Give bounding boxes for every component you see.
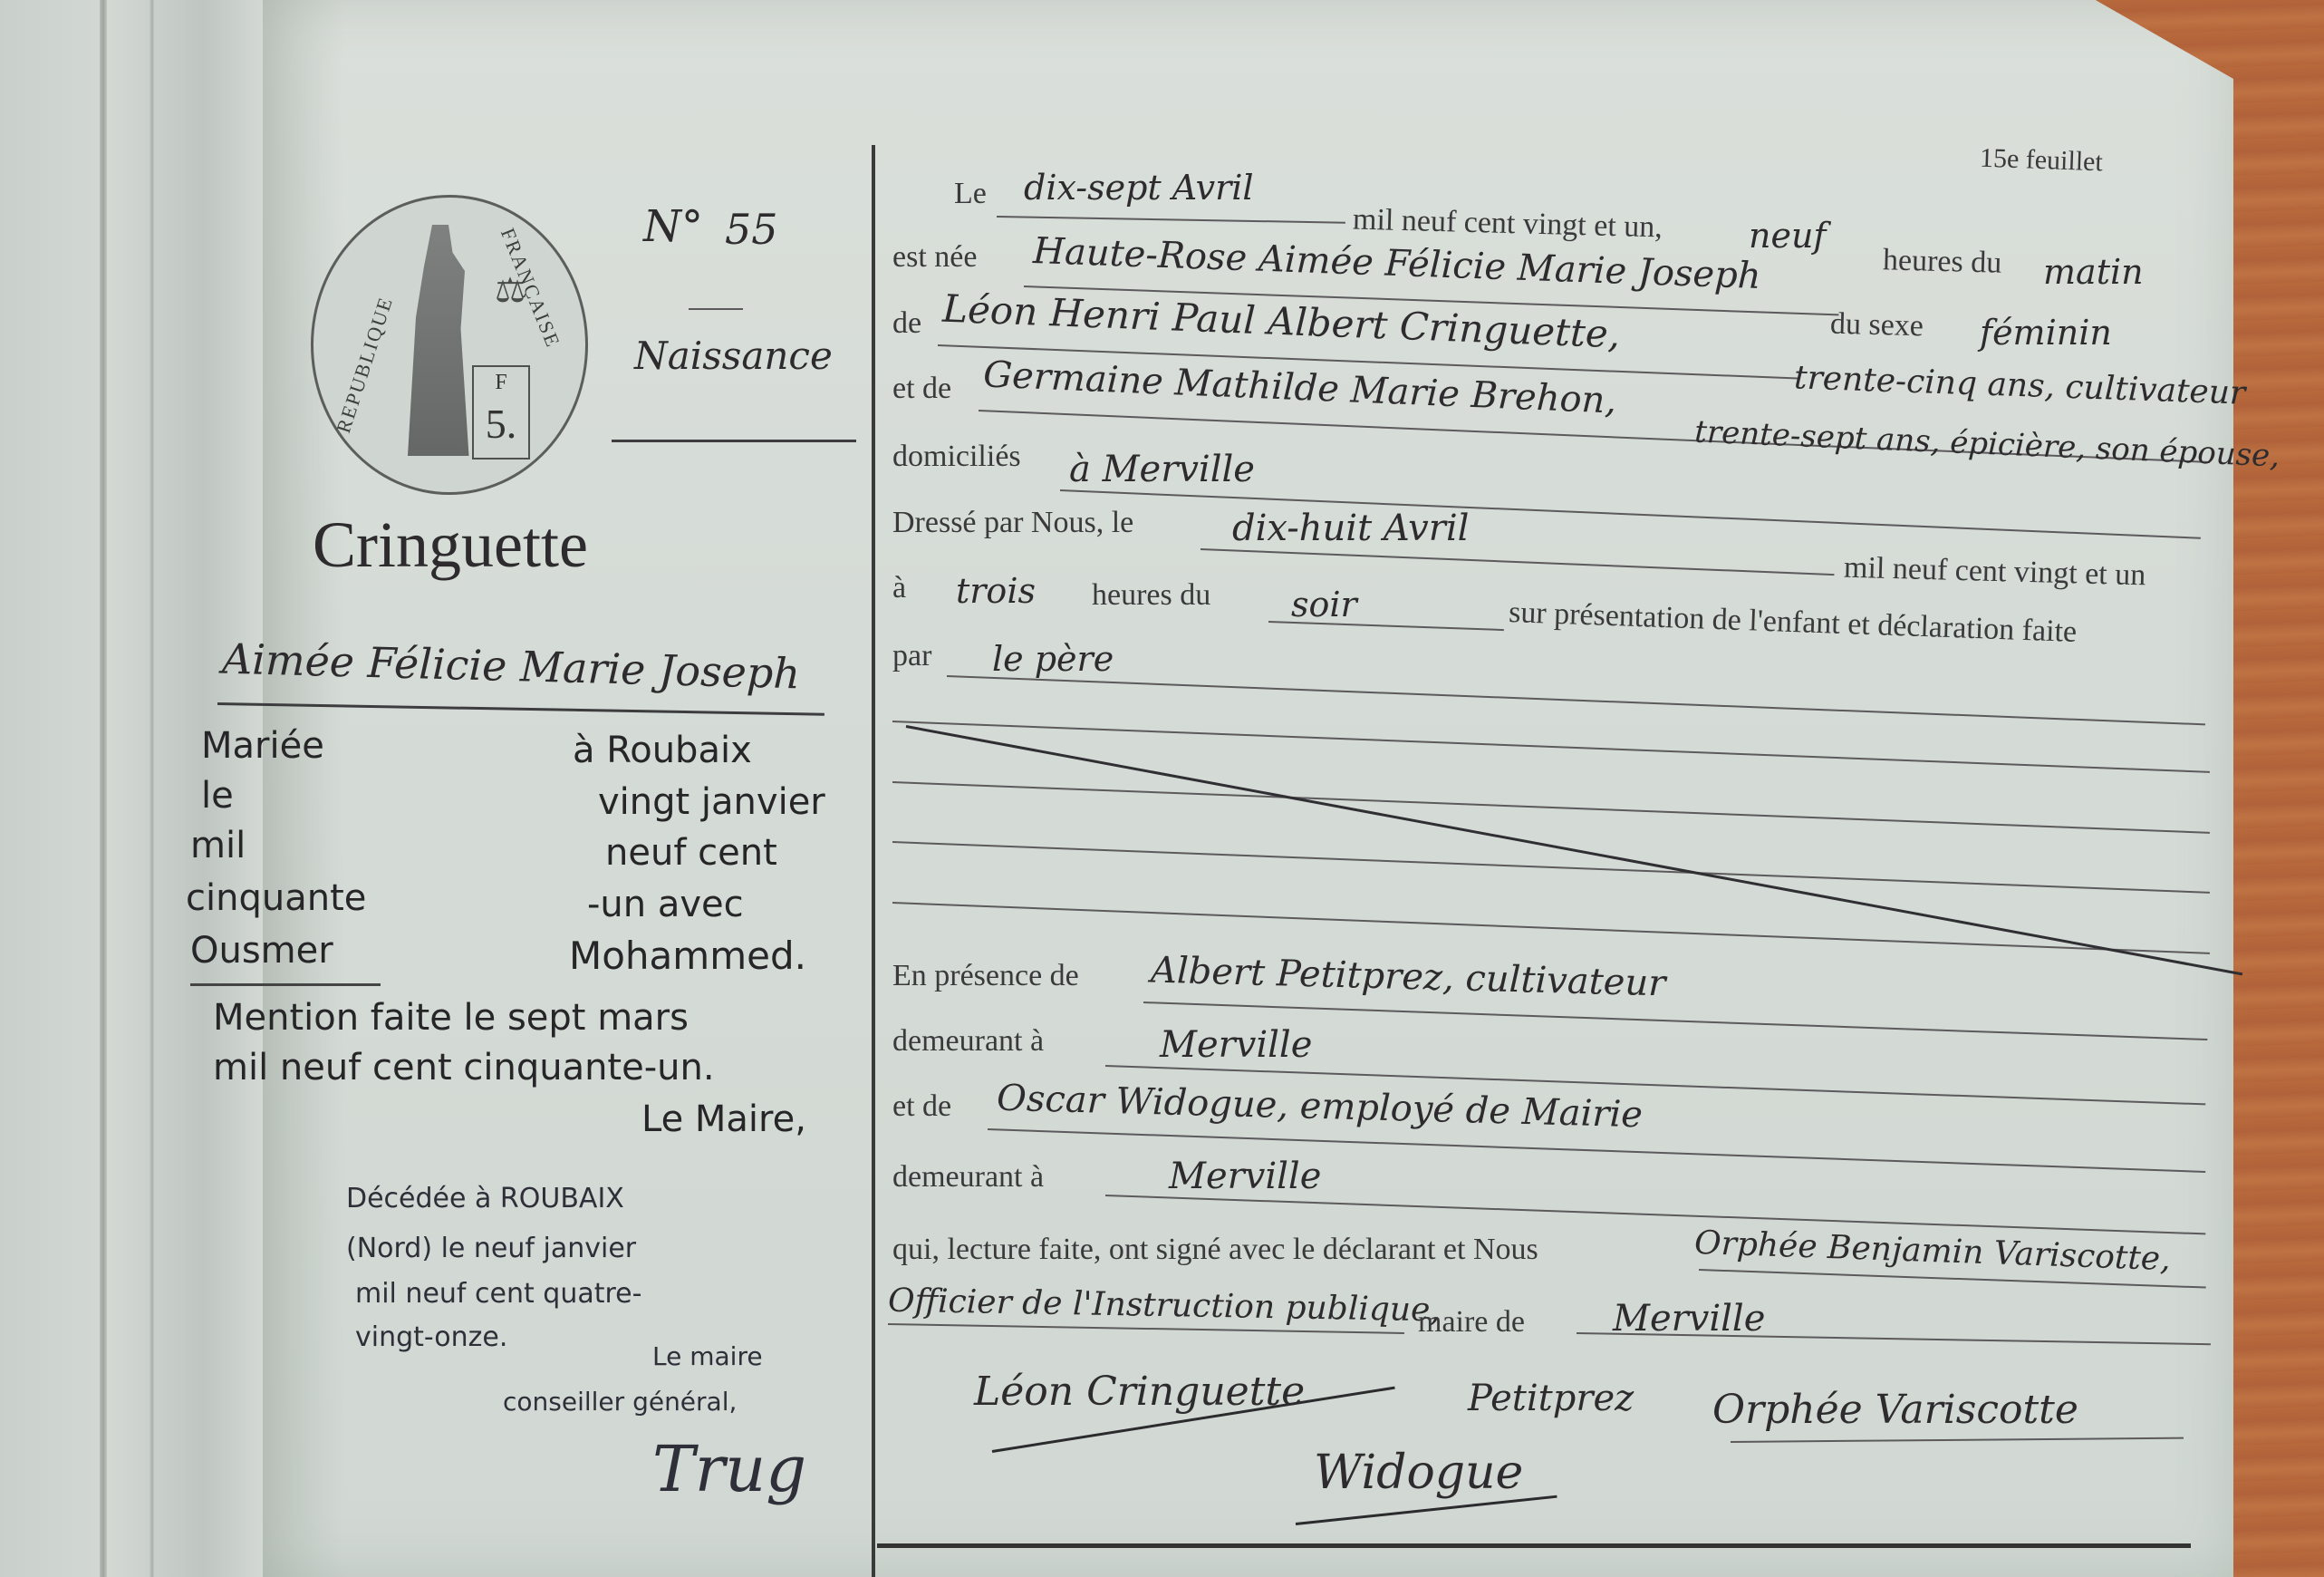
witness1-residence-prefix: demeurant à: [892, 1024, 1044, 1059]
margin-surname: Cringuette: [313, 508, 588, 583]
marriage-note-right-4: Mohammed.: [569, 934, 806, 978]
line7-prefix: Dressé par Nous, le: [892, 506, 1133, 540]
line2-prefix: est née: [892, 240, 977, 275]
mention-signature: Le Maire,: [641, 1098, 806, 1140]
marriage-note-left-2: mil: [190, 825, 246, 866]
child-sex: féminin: [1980, 313, 2112, 353]
marriage-note-left-4: Ousmer: [190, 930, 333, 972]
witness1-prefix: En présence de: [892, 959, 1079, 993]
marriage-note-right-2: neuf cent: [605, 832, 777, 874]
marriage-note-underline: [190, 983, 381, 986]
line3-prefix: de: [892, 306, 921, 341]
registration-period: soir: [1291, 585, 1357, 624]
death-note-line-3: mil neuf cent quatre-: [355, 1278, 641, 1310]
stamp-ring-left: REPUBLIQUE: [332, 294, 398, 436]
divider-rule: [689, 308, 743, 310]
stamp-value-currency: F: [474, 371, 528, 395]
witness1-residence: Merville: [1160, 1024, 1312, 1066]
folio-label: 15e feuillet: [1979, 143, 2103, 179]
act-number-value: 55: [725, 205, 778, 254]
marriage-note-right-3: -un avec: [587, 884, 744, 925]
mention-line-1: Mention faite le sept mars: [213, 997, 689, 1039]
declarant: le père: [992, 639, 1114, 679]
registration-hour: trois: [956, 571, 1036, 611]
line8-printed-hours: heures du: [1092, 578, 1210, 613]
signature-witness1: Petitprez: [1468, 1378, 1634, 1419]
death-note-line-4: vingt-onze.: [355, 1321, 507, 1353]
marriage-note-left-3: cinquante: [186, 877, 366, 919]
death-note-signature: Trug: [652, 1432, 806, 1506]
page-fold: [100, 0, 107, 1577]
act-number-label: N°: [643, 201, 703, 252]
witness2-prefix: et de: [892, 1089, 951, 1124]
signature-officer: Orphée Variscotte: [1712, 1387, 2078, 1433]
parents-residence: à Merville: [1069, 449, 1255, 490]
stamp-value-box: F 5.: [472, 365, 530, 460]
line9-prefix: par: [892, 639, 931, 673]
death-note-line-2: (Nord) le neuf janvier: [346, 1233, 636, 1264]
column-divider: [872, 145, 875, 1577]
page-fold: [149, 0, 155, 1577]
birth-period: matin: [2043, 252, 2144, 292]
line3-printed-sex: du sexe: [1830, 307, 1924, 344]
marriage-note-right-0: à Roubaix: [573, 730, 752, 771]
marianne-justice-seal-icon: ⚖ REPUBLIQUE FRANÇAISE F 5.: [311, 195, 588, 495]
act-type: Naissance: [634, 334, 833, 378]
closing-printed-mayor: maire de: [1418, 1305, 1525, 1340]
death-note-line-5: Le maire: [652, 1341, 763, 1371]
death-note-line-1: Décédée à ROUBAIX: [346, 1183, 624, 1214]
registration-date: dix-huit Avril: [1232, 508, 1469, 549]
marriage-note-left-0: Mariée: [201, 725, 324, 767]
death-note-line-6: conseiller général,: [503, 1387, 737, 1417]
binding-shadow: [263, 0, 344, 1577]
signature-witness2: Widogue: [1314, 1446, 1523, 1500]
marianne-figure: [400, 225, 481, 456]
divider-rule: [612, 440, 856, 442]
line2-printed-hours: heures du: [1883, 243, 2002, 280]
line5-prefix: et de: [892, 372, 951, 406]
bottom-rule: [877, 1543, 2191, 1548]
line6-prefix: domiciliés: [892, 440, 1021, 474]
mention-line-2: mil neuf cent cinquante-un.: [213, 1047, 715, 1088]
line8-prefix: à: [892, 571, 906, 605]
witness2-residence: Merville: [1169, 1156, 1321, 1197]
marriage-note-left-1: le: [201, 775, 234, 817]
birth-hour: neuf: [1749, 216, 1827, 256]
line1-prefix: Le: [954, 177, 987, 211]
witness2-residence-prefix: demeurant à: [892, 1160, 1044, 1195]
birth-date: dix-sept Avril: [1024, 168, 1254, 208]
marriage-note-right-1: vingt janvier: [598, 781, 825, 823]
stamp-value-number: 5.: [474, 400, 528, 448]
closing-printed: qui, lecture faite, ont signé avec le dé…: [892, 1233, 1538, 1267]
